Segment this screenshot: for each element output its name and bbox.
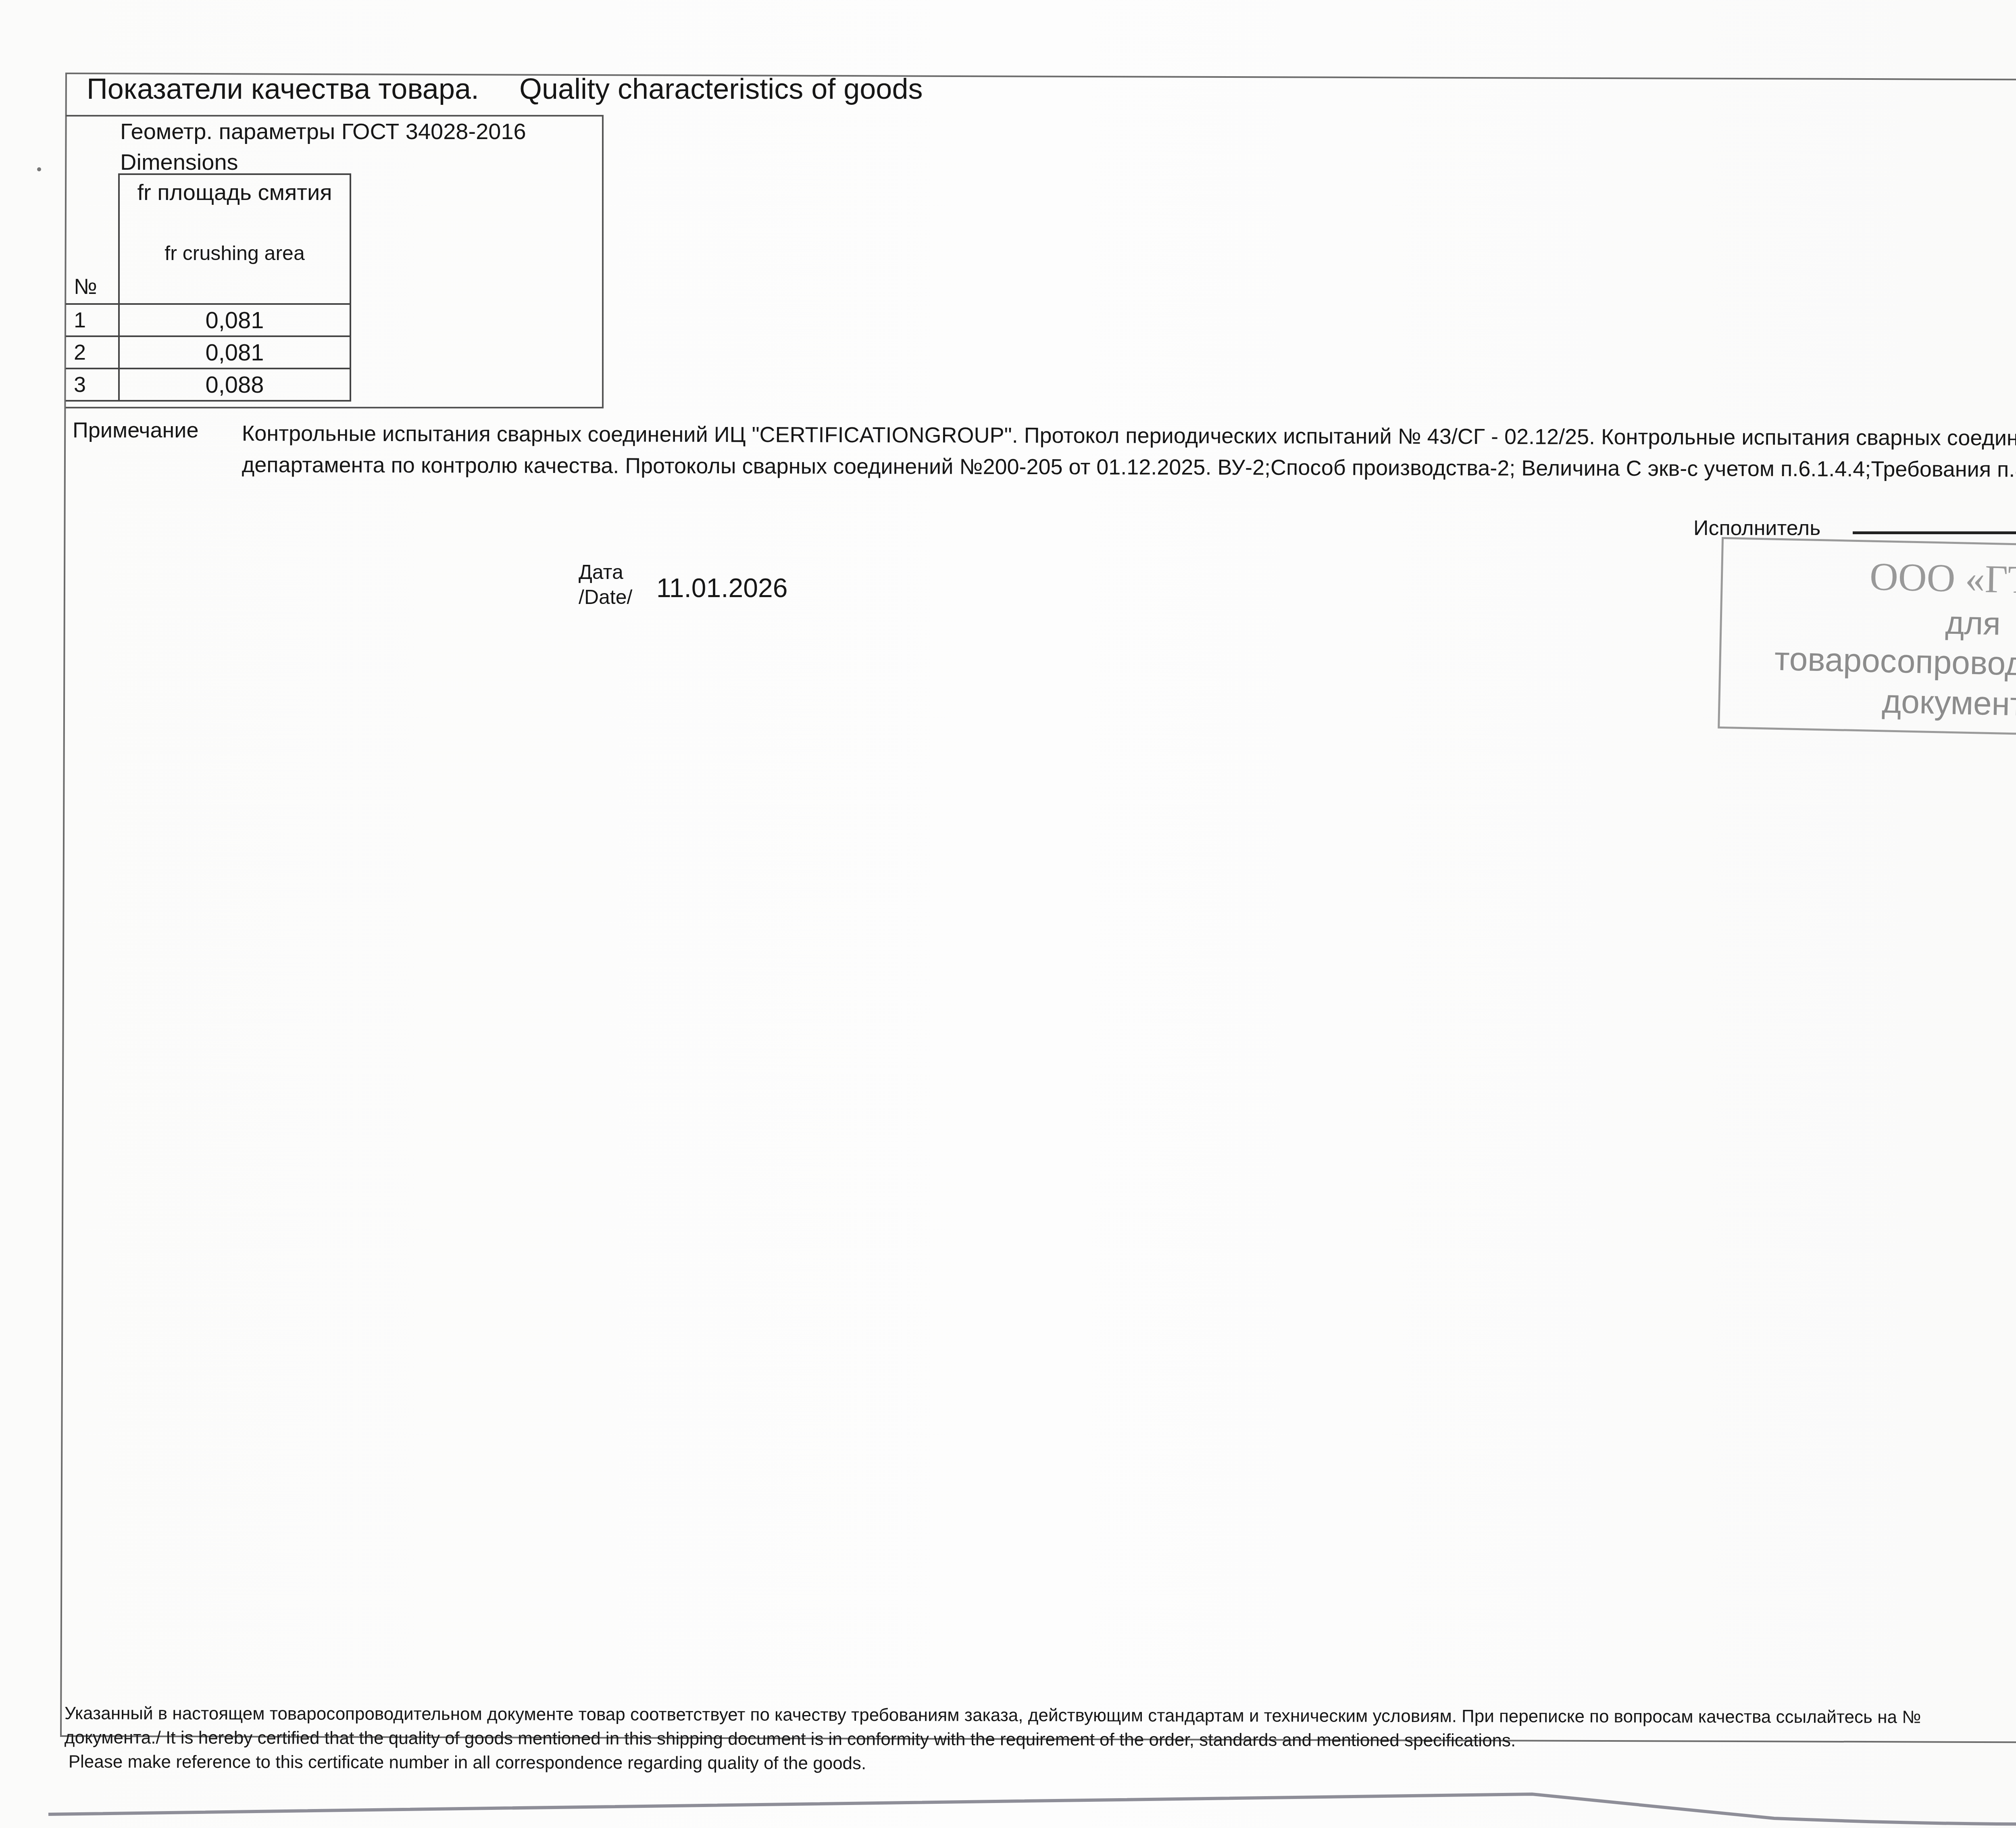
company-stamp: ООО «ГТК» для товаросопроводительных док… (1718, 537, 2016, 739)
column-header-number: № (66, 174, 119, 304)
row-number: 2 (66, 336, 119, 369)
date-label-ru: Дата (579, 560, 632, 585)
note-label: Примечание (73, 418, 199, 443)
date-value: 11.01.2026 (656, 573, 787, 603)
dimensions-heading-ru: Геометр. параметры ГОСТ 34028-2016 (120, 116, 526, 147)
stamp-company-name: ООО «ГТК» (1722, 551, 2016, 607)
row-number: 1 (66, 304, 119, 336)
row-value: 0,088 (119, 369, 350, 401)
row-value: 0,081 (119, 304, 350, 336)
column-header-crushing-area: fr площадь смятия fr crushing area (119, 174, 350, 304)
table-row: 1 0,081 (66, 304, 350, 336)
dimensions-heading: Геометр. параметры ГОСТ 34028-2016 Dimen… (120, 116, 526, 177)
paper-fold-edge (0, 1734, 2016, 1828)
table-row: 3 0,088 (66, 369, 350, 401)
date-label-en: /Date/ (579, 585, 632, 610)
note-text: Контрольные испытания сварных соединений… (242, 418, 2016, 486)
page-title: Показатели качества товара. Quality char… (87, 73, 923, 106)
performer-signature-line (1853, 531, 2016, 534)
performer-label: Исполнитель (1693, 516, 1820, 540)
column-header-en: fr crushing area (120, 242, 350, 265)
row-number: 3 (66, 369, 119, 401)
crushing-area-table: № fr площадь смятия fr crushing area 1 0… (66, 173, 351, 402)
row-value: 0,081 (119, 336, 350, 369)
dimensions-heading-en: Dimensions (120, 147, 526, 177)
stamp-line-4: документов (1720, 679, 2016, 728)
table-row: 2 0,081 (66, 336, 350, 369)
date-label: Дата /Date/ (579, 560, 632, 610)
column-header-ru: fr площадь смятия (120, 179, 350, 205)
scan-speck (37, 167, 41, 171)
